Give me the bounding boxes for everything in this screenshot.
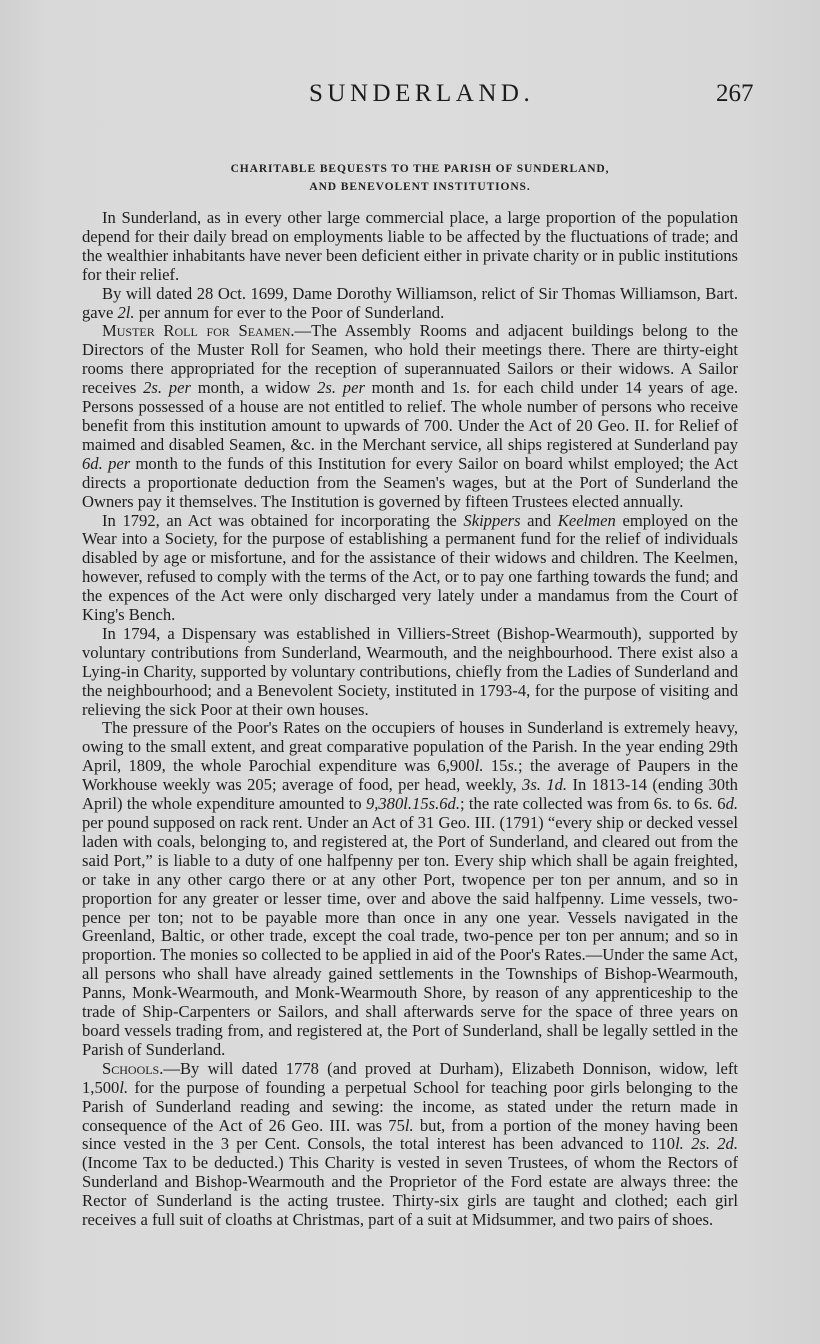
- currency-unit: s.: [507, 756, 518, 775]
- currency-unit: l.: [119, 1078, 128, 1097]
- emphasis: Skippers: [463, 511, 520, 530]
- text-run: and: [521, 511, 558, 530]
- currency-amount: 2l.: [117, 303, 134, 322]
- paragraph-heading: Muster Roll for Seamen.: [102, 321, 295, 340]
- book-page: SUNDERLAND. 267 Charitable Bequests to t…: [0, 0, 820, 1344]
- text-run: per annum for ever to the Poor of Sunder…: [135, 303, 445, 322]
- paragraph-intro: In Sunderland, as in every other large c…: [82, 209, 738, 285]
- text-run: (Income Tax to be deducted.) This Charit…: [82, 1153, 738, 1229]
- text-run: to 6: [672, 794, 702, 813]
- section-heading-line-1: Charitable Bequests to the Parish of Sun…: [80, 160, 760, 178]
- currency-amount: l. 2s. 2d.: [675, 1134, 738, 1153]
- paragraph-williamson: By will dated 28 Oct. 1699, Dame Dorothy…: [82, 285, 738, 323]
- currency-amount: 2s. per: [317, 378, 365, 397]
- currency-amount: 9,380l.15s.6d.: [366, 794, 460, 813]
- text-run: month to the funds of this Institution f…: [82, 454, 738, 511]
- currency-unit: d.: [726, 794, 738, 813]
- section-heading: Charitable Bequests to the Parish of Sun…: [80, 160, 760, 196]
- body-text: In Sunderland, as in every other large c…: [82, 209, 738, 1230]
- text-run: per pound supposed on rack rent. Under a…: [82, 813, 738, 1059]
- text-run: ; the rate collected was from 6: [460, 794, 662, 813]
- currency-unit: s.: [702, 794, 713, 813]
- currency-unit: s.: [460, 378, 471, 397]
- currency-unit: s.: [662, 794, 673, 813]
- text-run: 15: [484, 756, 508, 775]
- paragraph-keelmen: In 1792, an Act was obtained for incorpo…: [82, 512, 738, 625]
- paragraph-muster-roll: Muster Roll for Seamen.—The Assembly Roo…: [82, 322, 738, 511]
- text-run: month, a widow: [191, 378, 317, 397]
- paragraph-schools: Schools.—By will dated 1778 (and proved …: [82, 1060, 738, 1230]
- currency-amount: 3s. 1d.: [522, 775, 567, 794]
- section-heading-line-2: and Benevolent Institutions.: [80, 178, 760, 196]
- currency-amount: 2s. per: [143, 378, 191, 397]
- text-run: In 1792, an Act was obtained for incorpo…: [102, 511, 463, 530]
- emphasis: Keelmen: [558, 511, 616, 530]
- currency-amount: 6d. per: [82, 454, 130, 473]
- running-head: SUNDERLAND. 267: [0, 80, 820, 120]
- text-run: month and 1: [365, 378, 460, 397]
- currency-unit: l.: [475, 756, 484, 775]
- paragraph-heading: Schools.: [102, 1059, 163, 1078]
- paragraph-poor-rates: The pressure of the Poor's Rates on the …: [82, 719, 738, 1059]
- currency-unit: l.: [405, 1116, 414, 1135]
- page-number: 267: [716, 80, 754, 108]
- text-run: 6: [713, 794, 726, 813]
- paragraph-dispensary: In 1794, a Dispensary was established in…: [82, 625, 738, 720]
- running-title: SUNDERLAND.: [309, 80, 534, 108]
